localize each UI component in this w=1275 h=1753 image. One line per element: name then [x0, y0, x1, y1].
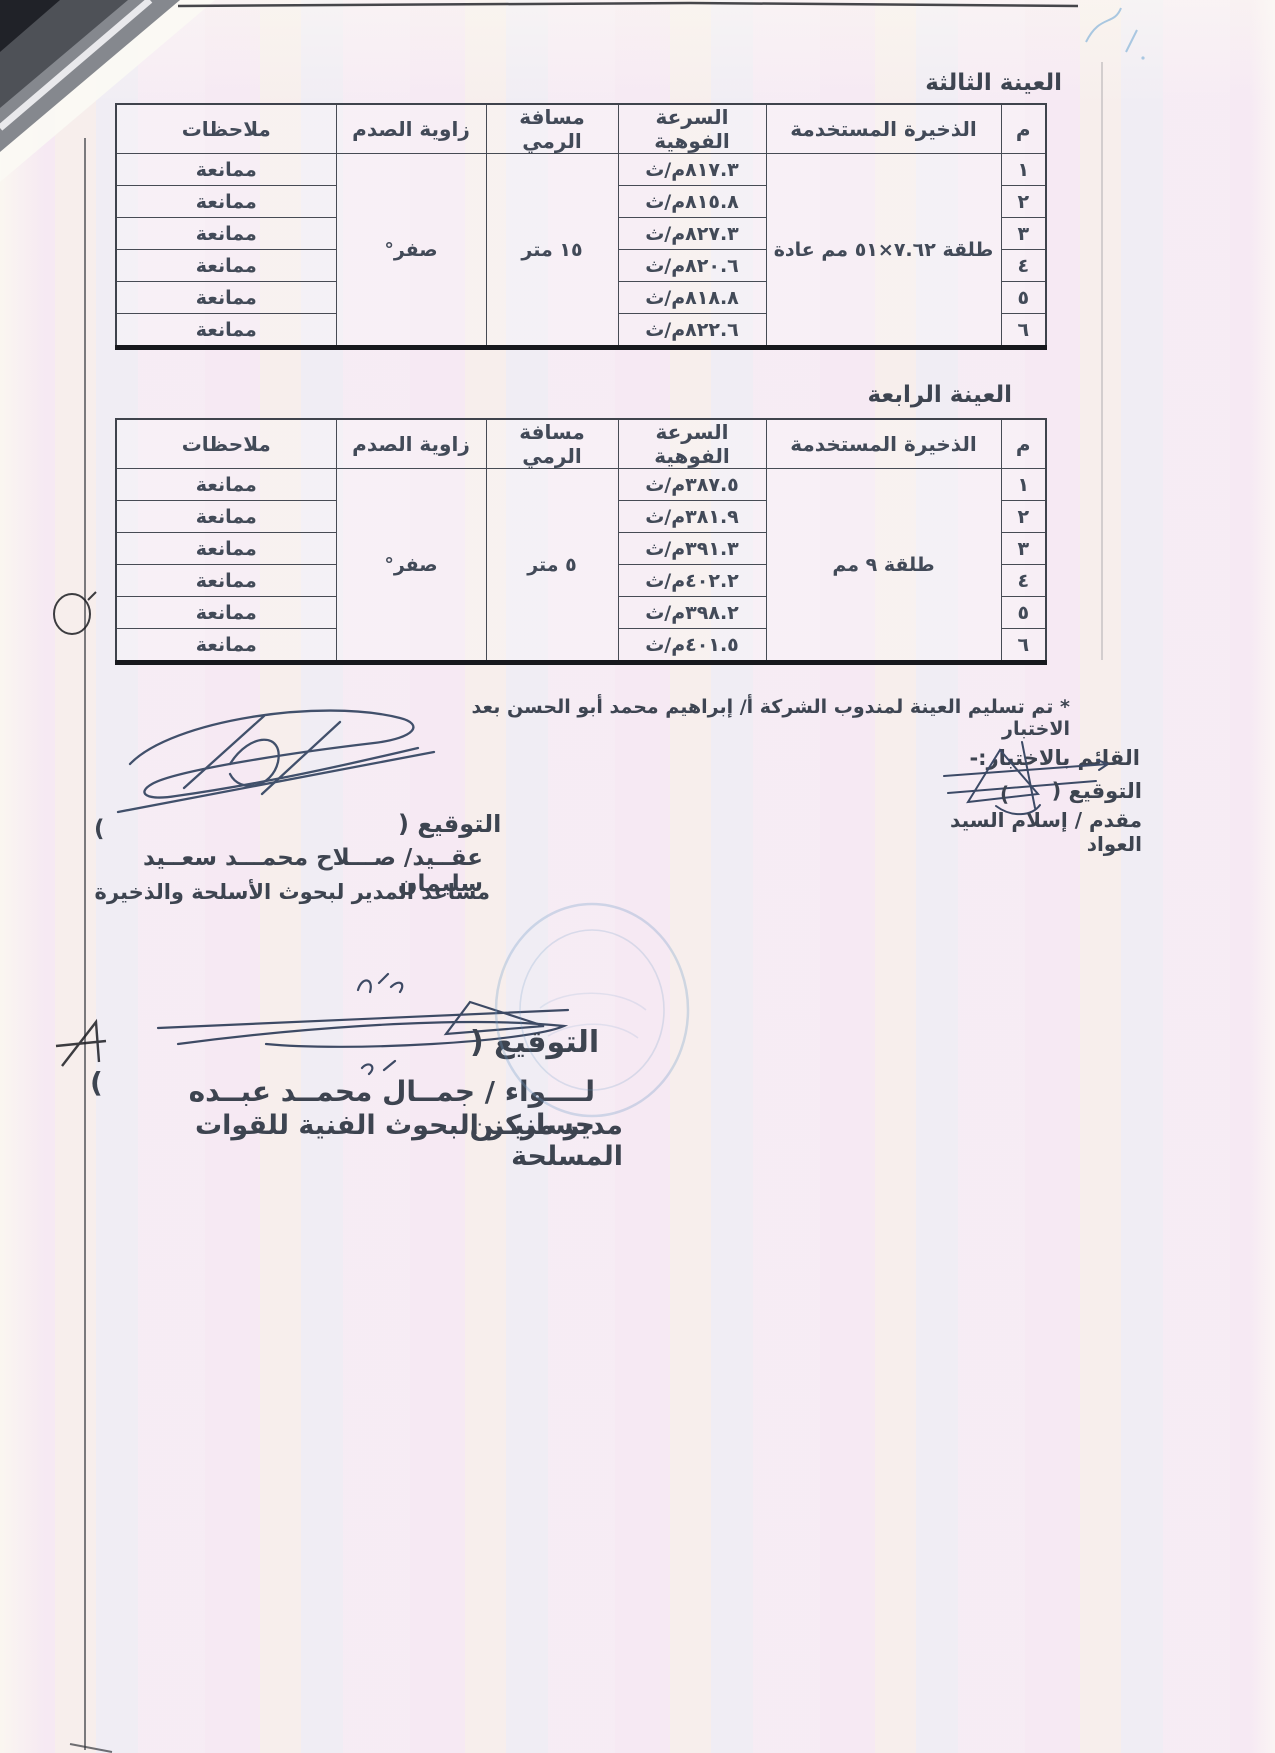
sample4-heading: العينة الرابعة [727, 382, 1012, 408]
row-number-cell: ٤ [1001, 250, 1046, 282]
handwritten-circle-mark [54, 592, 96, 634]
assistant-signature-paren-close: ) [94, 816, 105, 842]
muzzle-velocity-cell: ٨١٧.٣م/ث [618, 154, 766, 186]
top-edge-line [178, 3, 1078, 6]
firing-distance-cell: ١٥ متر [486, 154, 618, 348]
row-number-cell: ٦ [1001, 314, 1046, 348]
notes-cell: ممانعة [116, 469, 336, 501]
muzzle-velocity-cell: ٣٨١.٩م/ث [618, 501, 766, 533]
column-header-firing-distance: مسافة الرمي [486, 419, 618, 469]
muzzle-velocity-cell: ٨١٥.٨م/ث [618, 186, 766, 218]
muzzle-velocity-cell: ٨٢٠.٦م/ث [618, 250, 766, 282]
bottom-fold-line [70, 1744, 112, 1752]
sample-delivery-footnote: * تم تسليم العينة لمندوب الشركة أ/ إبراه… [470, 696, 1070, 740]
row-number-cell: ٣ [1001, 533, 1046, 565]
impact-angle-cell: صفر° [336, 469, 486, 663]
column-header-ammunition: الذخيرة المستخدمة [766, 104, 1001, 154]
header-row: م الذخيرة المستخدمة السرعة الفوهية مسافة… [116, 419, 1046, 469]
ammunition-cell: طلقة ٧.٦٢×٥١ مم عادة [766, 154, 1001, 348]
column-header-muzzle-velocity: السرعة الفوهية [618, 419, 766, 469]
muzzle-velocity-cell: ٣٨٧.٥م/ث [618, 469, 766, 501]
row-number-cell: ٦ [1001, 629, 1046, 663]
notes-cell: ممانعة [116, 565, 336, 597]
column-header-muzzle-velocity: السرعة الفوهية [618, 104, 766, 154]
examiner-section-title: القائم بالاختبار:- [895, 746, 1140, 770]
pen-scribble [1086, 8, 1145, 60]
handwritten-angle-mark [56, 1022, 106, 1066]
notes-cell: ممانعة [116, 250, 336, 282]
row-number-cell: ٥ [1001, 282, 1046, 314]
muzzle-velocity-cell: ٨٢٧.٣م/ث [618, 218, 766, 250]
muzzle-velocity-cell: ٣٩٨.٢م/ث [618, 597, 766, 629]
sample4-table: م الذخيرة المستخدمة السرعة الفوهية مسافة… [115, 418, 1047, 665]
table-row: ١طلقة ٧.٦٢×٥١ مم عادة٨١٧.٣م/ث١٥ مترصفر°م… [116, 154, 1046, 186]
notes-cell: ممانعة [116, 186, 336, 218]
column-header-firing-distance: مسافة الرمي [486, 104, 618, 154]
examiner-signature-paren-close: ) [1000, 782, 1009, 806]
impact-angle-cell: صفر° [336, 154, 486, 348]
notes-cell: ممانعة [116, 597, 336, 629]
row-number-cell: ٥ [1001, 597, 1046, 629]
column-header-notes: ملاحظات [116, 104, 336, 154]
row-number-cell: ٣ [1001, 218, 1046, 250]
assistant-signature-label: التوقيع ( [398, 810, 501, 838]
column-header-impact-angle: زاوية الصدم [336, 104, 486, 154]
muzzle-velocity-cell: ٨٢٢.٦م/ث [618, 314, 766, 348]
column-header-ammunition: الذخيرة المستخدمة [766, 419, 1001, 469]
examiner-name: مقدم / إسلام السيد العواد [895, 808, 1142, 856]
notes-cell: ممانعة [116, 218, 336, 250]
director-role: مدير مركز البحوث الفنية للقوات المسلحة [78, 1110, 623, 1172]
table-row: ١طلقة ٩ مم٣٨٧.٥م/ث٥ مترصفر°ممانعة [116, 469, 1046, 501]
column-header-number: م [1001, 419, 1046, 469]
row-number-cell: ٢ [1001, 186, 1046, 218]
notes-cell: ممانعة [116, 154, 336, 186]
notes-cell: ممانعة [116, 314, 336, 348]
column-header-number: م [1001, 104, 1046, 154]
row-number-cell: ١ [1001, 469, 1046, 501]
assistant-role: مساعد المدير لبحوث الأسلحة والذخيرة [85, 880, 490, 904]
firing-distance-cell: ٥ متر [486, 469, 618, 663]
assistant-signature-scribble [112, 692, 447, 827]
column-header-impact-angle: زاوية الصدم [336, 419, 486, 469]
notes-cell: ممانعة [116, 533, 336, 565]
sample3-heading: العينة الثالثة [777, 70, 1062, 96]
examiner-signature-label: التوقيع ( [1022, 779, 1142, 803]
scanned-document-page: العينة الثالثة م الذخيرة المستخدمة السرع… [0, 0, 1275, 1753]
header-row: م الذخيرة المستخدمة السرعة الفوهية مسافة… [116, 104, 1046, 154]
notes-cell: ممانعة [116, 282, 336, 314]
muzzle-velocity-cell: ٣٩١.٣م/ث [618, 533, 766, 565]
sample3-table: م الذخيرة المستخدمة السرعة الفوهية مسافة… [115, 103, 1047, 350]
column-header-notes: ملاحظات [116, 419, 336, 469]
ammunition-cell: طلقة ٩ مم [766, 469, 1001, 663]
notes-cell: ممانعة [116, 501, 336, 533]
row-number-cell: ١ [1001, 154, 1046, 186]
director-signature-label: التوقيع ( [470, 1025, 599, 1060]
muzzle-velocity-cell: ٨١٨.٨م/ث [618, 282, 766, 314]
notes-cell: ممانعة [116, 629, 336, 663]
row-number-cell: ٢ [1001, 501, 1046, 533]
row-number-cell: ٤ [1001, 565, 1046, 597]
muzzle-velocity-cell: ٤٠١.٥م/ث [618, 629, 766, 663]
muzzle-velocity-cell: ٤٠٢.٢م/ث [618, 565, 766, 597]
